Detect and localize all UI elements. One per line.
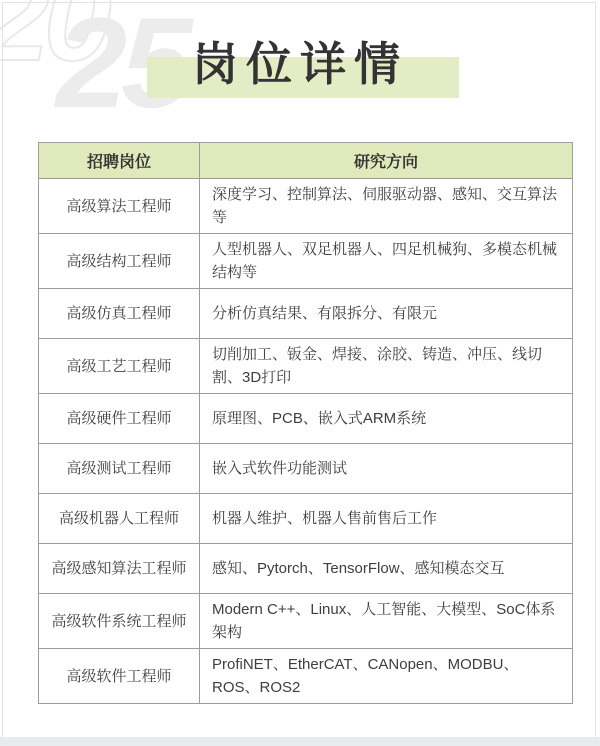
direction-cell: 分析仿真结果、有限拆分、有限元 [200,289,573,339]
direction-cell: 嵌入式软件功能测试 [200,444,573,494]
position-cell: 高级感知算法工程师 [39,544,200,594]
job-table-body: 高级算法工程师深度学习、控制算法、伺服驱动器、感知、交互算法等高级结构工程师人型… [39,179,573,704]
direction-cell: 切削加工、钣金、焊接、涂胶、铸造、冲压、线切割、3D打印 [200,339,573,394]
position-cell: 高级工艺工程师 [39,339,200,394]
position-cell: 高级软件工程师 [39,649,200,704]
direction-cell: 感知、Pytorch、TensorFlow、感知模态交互 [200,544,573,594]
title-section: 岗位详情 [0,0,600,142]
direction-cell: 原理图、PCB、嵌入式ARM系统 [200,394,573,444]
bottom-edge-strip [0,737,600,746]
table-row: 高级机器人工程师机器人维护、机器人售前售后工作 [39,494,573,544]
table-row: 高级算法工程师深度学习、控制算法、伺服驱动器、感知、交互算法等 [39,179,573,234]
table-row: 高级测试工程师嵌入式软件功能测试 [39,444,573,494]
table-row: 高级硬件工程师原理图、PCB、嵌入式ARM系统 [39,394,573,444]
direction-cell: 深度学习、控制算法、伺服驱动器、感知、交互算法等 [200,179,573,234]
header-row: 招聘岗位 研究方向 [39,143,573,179]
page-title: 岗位详情 [0,28,600,94]
position-cell: 高级硬件工程师 [39,394,200,444]
table-row: 高级仿真工程师分析仿真结果、有限拆分、有限元 [39,289,573,339]
position-cell: 高级结构工程师 [39,234,200,289]
direction-cell: ProfiNET、EtherCAT、CANopen、MODBU、ROS、ROS2 [200,649,573,704]
direction-cell: 人型机器人、双足机器人、四足机械狗、多模态机械结构等 [200,234,573,289]
position-cell: 高级测试工程师 [39,444,200,494]
table-row: 高级软件系统工程师Modern C++、Linux、人工智能、大模型、SoC体系… [39,594,573,649]
direction-cell: Modern C++、Linux、人工智能、大模型、SoC体系架构 [200,594,573,649]
position-cell: 高级机器人工程师 [39,494,200,544]
position-cell: 高级算法工程师 [39,179,200,234]
position-cell: 高级仿真工程师 [39,289,200,339]
job-table-header: 招聘岗位 研究方向 [39,143,573,179]
table-row: 高级结构工程师人型机器人、双足机器人、四足机械狗、多模态机械结构等 [39,234,573,289]
direction-cell: 机器人维护、机器人售前售后工作 [200,494,573,544]
header-cell-direction: 研究方向 [200,143,573,179]
position-cell: 高级软件系统工程师 [39,594,200,649]
job-table: 招聘岗位 研究方向 高级算法工程师深度学习、控制算法、伺服驱动器、感知、交互算法… [38,142,573,704]
table-row: 高级感知算法工程师感知、Pytorch、TensorFlow、感知模态交互 [39,544,573,594]
header-cell-position: 招聘岗位 [39,143,200,179]
table-row: 高级软件工程师ProfiNET、EtherCAT、CANopen、MODBU、R… [39,649,573,704]
table-row: 高级工艺工程师切削加工、钣金、焊接、涂胶、铸造、冲压、线切割、3D打印 [39,339,573,394]
